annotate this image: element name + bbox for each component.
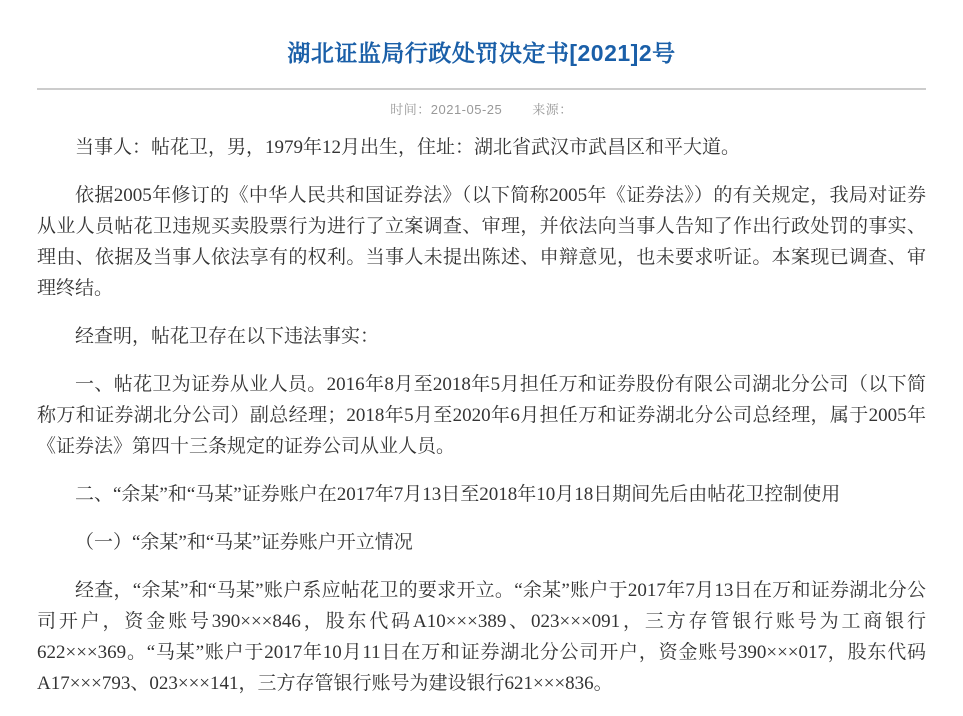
document-title: 湖北证监局行政处罚决定书[2021]2号	[37, 38, 926, 68]
paragraph-section-heading: （一）“余某”和“马某”证券账户开立情况	[37, 527, 926, 558]
meta-bar: 时间：2021-05-25来源：	[37, 99, 926, 118]
time-value: 2021-05-25	[431, 102, 503, 117]
paragraph-fact-one: 一、帖花卫为证券从业人员。2016年8月至2018年5月担任万和证券股份有限公司…	[37, 369, 926, 462]
paragraph-fact-two: 二、“余某”和“马某”证券账户在2017年7月13日至2018年10月18日期间…	[37, 479, 926, 510]
paragraph-findings-intro: 经查明，帖花卫存在以下违法事实：	[37, 321, 926, 352]
header-divider	[37, 88, 926, 90]
paragraph-party-info: 当事人：帖花卫，男，1979年12月出生，住址：湖北省武汉市武昌区和平大道。	[37, 132, 926, 163]
paragraph-legal-basis: 依据2005年修订的《中华人民共和国证券法》（以下简称2005年《证券法》）的有…	[37, 180, 926, 304]
paragraph-account-details: 经查，“余某”和“马某”账户系应帖花卫的要求开立。“余某”账户于2017年7月1…	[37, 575, 926, 699]
time-label: 时间：	[390, 102, 431, 117]
document-page: 湖北证监局行政处罚决定书[2021]2号 时间：2021-05-25来源： 当事…	[0, 38, 963, 699]
source-label: 来源：	[532, 102, 573, 117]
document-body: 当事人：帖花卫，男，1979年12月出生，住址：湖北省武汉市武昌区和平大道。 依…	[37, 132, 926, 699]
